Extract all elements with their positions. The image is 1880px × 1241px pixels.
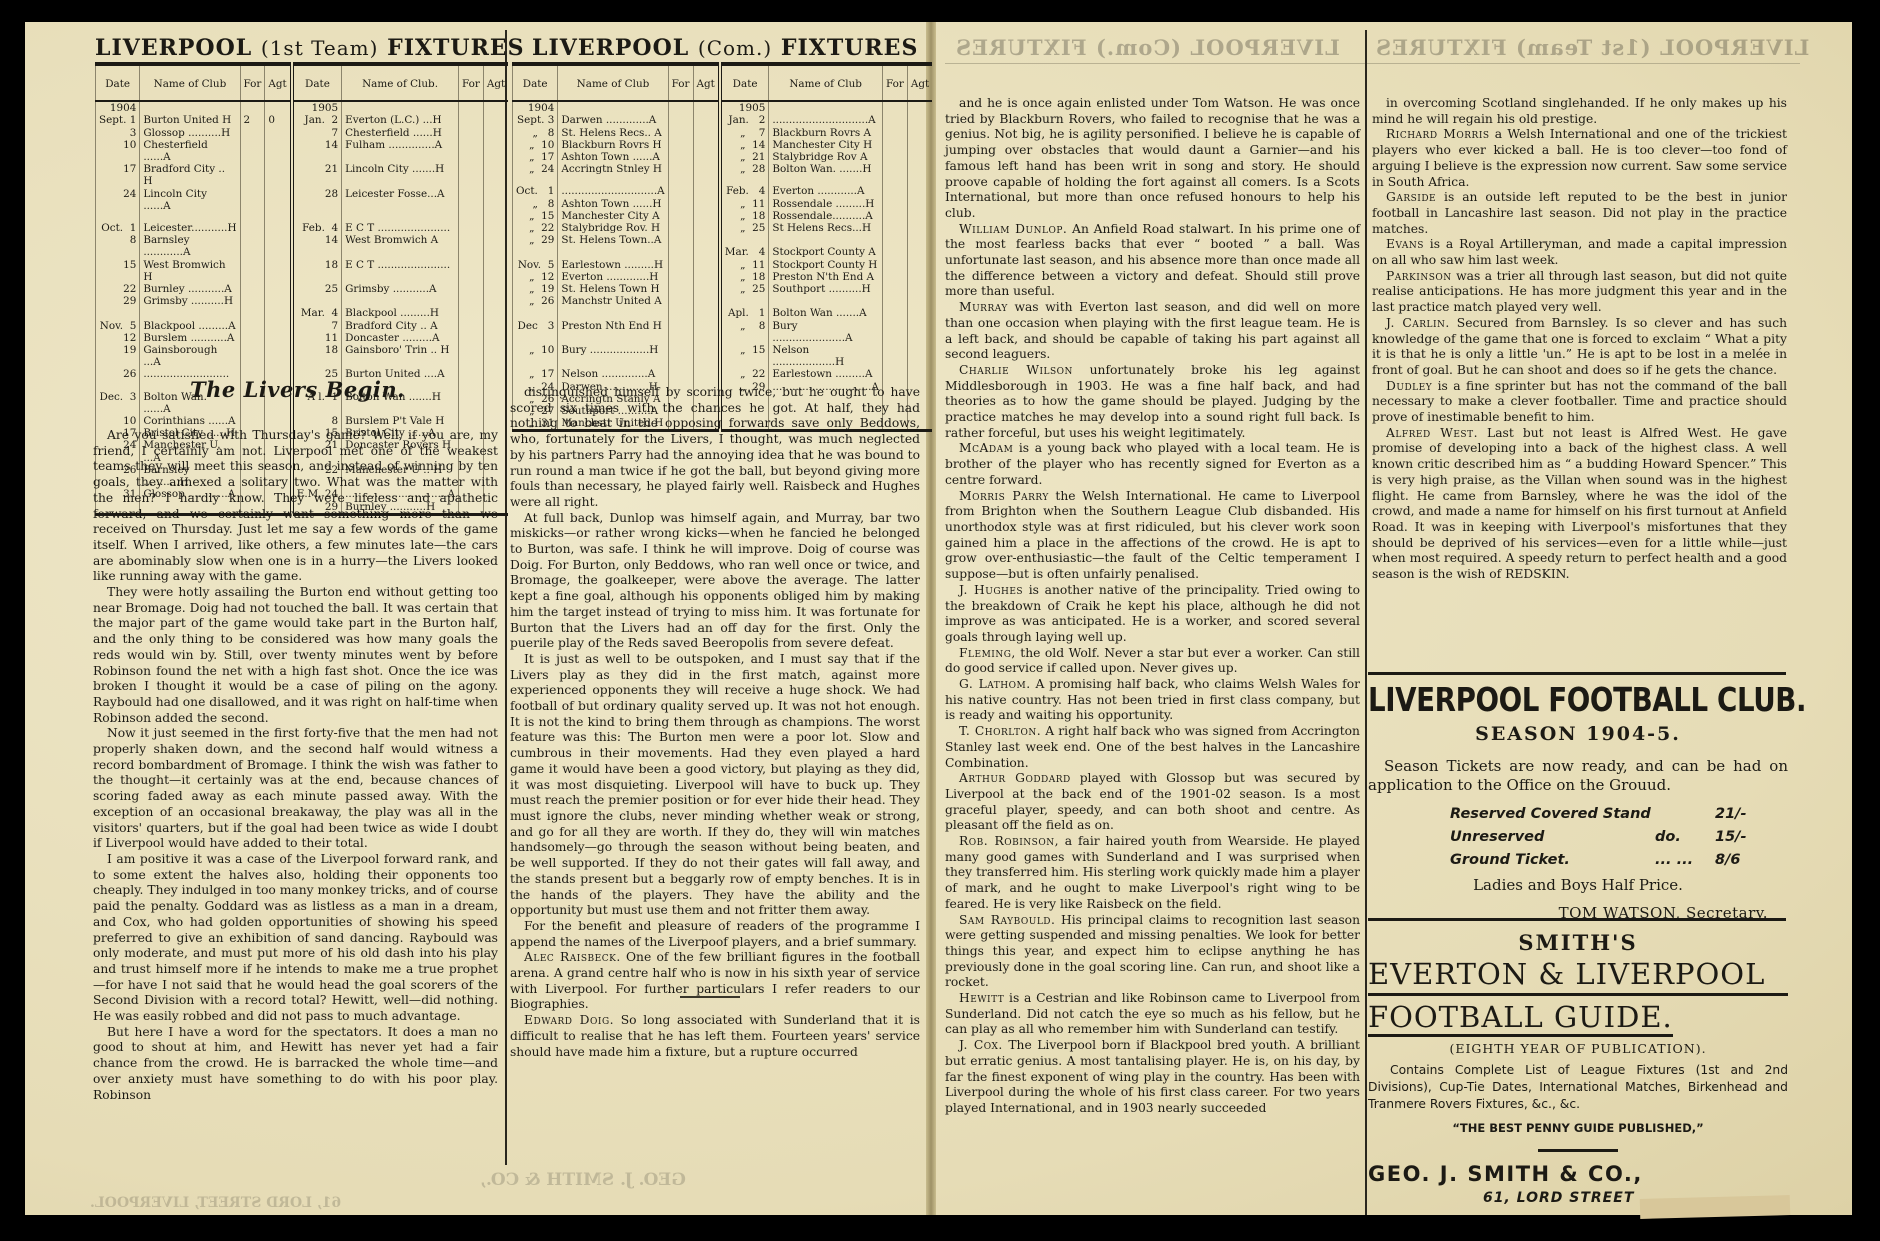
fixture-club: Bury ..................H (558, 344, 668, 368)
fixture-club (769, 175, 883, 185)
fixture-date: 25 (292, 283, 342, 295)
fixture-club: .............................A (769, 114, 883, 126)
short-rule (1538, 1149, 1618, 1152)
score-against (483, 320, 508, 332)
player-note: J. Carlin. Secured from Barnsley. Is so … (1372, 316, 1787, 379)
score-for (668, 185, 693, 197)
column-header: For (668, 64, 693, 101)
column-header: For (459, 64, 484, 101)
player-note: Alfred West. Last but not least is Alfre… (1372, 426, 1787, 583)
fixture-club: Chesterfield ......H (342, 127, 459, 139)
fixture-row: Apl. 1Bolton Wan .......A (513, 307, 933, 319)
fixture-date (720, 234, 769, 246)
score-for (882, 320, 907, 344)
player-note-text: and he is once again enlisted under Tom … (945, 96, 1360, 220)
fixture-date: 10 (96, 139, 140, 163)
fixture-club: St Helens Recs...H (769, 222, 883, 234)
score-against (265, 415, 292, 427)
fixture-club: Everton .............H (558, 271, 668, 283)
fixture-date: Dec 3 (513, 320, 558, 344)
article-column-2: distinguished himself by scoring twice, … (510, 385, 920, 1060)
fixture-club: Earlestown .........A (769, 368, 883, 380)
score-against (265, 259, 292, 283)
score-against (265, 127, 292, 139)
score-against (693, 295, 720, 307)
score-for (882, 246, 907, 258)
fixture-row: Sept. 3Darwen .............AJan. 2......… (513, 114, 933, 126)
score-for (459, 101, 484, 114)
score-against (907, 198, 932, 210)
fixture-date: „ 22 (513, 222, 558, 234)
show-through-text: GEO. J. SMITH & CO., (480, 1170, 686, 1190)
fixture-row: 19041905 (513, 101, 933, 114)
ad-top-rule (1368, 672, 1786, 675)
player-name: Fleming, (959, 646, 1016, 660)
score-for (668, 344, 693, 368)
player-note: T. Chorlton. A right half back who was s… (945, 724, 1360, 771)
player-note: in overcoming Scotland singlehanded. If … (1372, 96, 1787, 127)
fixture-club: Grimsby ...........A (342, 283, 459, 295)
fixture-row: „ 12Everton .............H„ 18Preston N'… (513, 271, 933, 283)
fixture-club: Southport ..........H (769, 283, 883, 295)
fixture-row: „ 10Bury ..................H„ 15Nelson .… (513, 344, 933, 368)
price-row: Reserved Covered Stand21/- (1450, 803, 1788, 826)
score-against (693, 139, 720, 151)
score-against (483, 283, 508, 295)
score-for (668, 271, 693, 283)
fixture-date: Sept. 3 (513, 114, 558, 126)
fixture-club: Bolton Wan. .......H (769, 163, 883, 175)
fixture-date: 1905 (292, 101, 342, 114)
score-for (240, 163, 265, 187)
fixture-club: St. Helens Town H (558, 283, 668, 295)
fixture-row: Nov. 5Earlestown .........H„ 11Stockport… (513, 259, 933, 271)
fixture-club (558, 175, 668, 185)
score-for (882, 234, 907, 246)
score-for (882, 307, 907, 319)
score-for (459, 259, 484, 283)
fixture-club (558, 307, 668, 319)
player-note-text: in overcoming Scotland singlehanded. If … (1372, 96, 1787, 126)
torn-corner (1640, 1195, 1790, 1219)
player-name: Alec Raisbeck. (524, 950, 621, 964)
fixture-club (342, 212, 459, 222)
fixture-row: Oct. 1Leicester...........HFeb. 4E C T .… (96, 222, 509, 234)
fixture-club: Bury ......................A (769, 320, 883, 344)
player-note-text: Last but not least is Alfred West. He ga… (1372, 426, 1787, 581)
score-for (459, 332, 484, 344)
player-name: Dudley (1386, 379, 1432, 393)
score-against (265, 222, 292, 234)
score-against (907, 368, 932, 380)
fixture-club (140, 101, 240, 114)
score-for (882, 198, 907, 210)
smiths-label: SMITH'S (1368, 930, 1788, 955)
fixture-date: 7 (292, 127, 342, 139)
score-against (907, 283, 932, 295)
score-for (882, 344, 907, 368)
player-note: Fleming, the old Wolf. Never a star but … (945, 646, 1360, 677)
score-against (907, 259, 932, 271)
fixture-club: Burslem P't Vale H (342, 415, 459, 427)
player-note: McAdam is a young back who played with a… (945, 441, 1360, 488)
fixture-date: 10 (96, 415, 140, 427)
score-against (693, 259, 720, 271)
score-for (882, 151, 907, 163)
fixture-club (769, 101, 883, 114)
fixture-club: Rossendale .........H (769, 198, 883, 210)
show-through-rule (945, 63, 1800, 64)
title-paren: (Com.) (698, 36, 772, 60)
player-note-text: The Liverpool born if Blackpool bred you… (945, 1038, 1360, 1115)
fixture-row: Sept. 1Burton United H20Jan. 2Everton (L… (96, 114, 509, 126)
score-against (907, 295, 932, 307)
score-for (668, 163, 693, 175)
fixture-date: „ 25 (720, 283, 769, 295)
score-against (265, 188, 292, 212)
fixture-date: „ 15 (513, 210, 558, 222)
score-against (483, 212, 508, 222)
fixture-club: Doncaster .........A (342, 332, 459, 344)
price-value: 8/6 (1715, 849, 1740, 872)
fixture-date (720, 175, 769, 185)
fixture-club: Rossendale..........A (769, 210, 883, 222)
score-against (693, 185, 720, 197)
fixture-row: 19041905 (96, 101, 509, 114)
score-for (668, 151, 693, 163)
fixture-row: „ 22Stalybridge Rov. H„ 25St Helens Recs… (513, 222, 933, 234)
score-for (668, 307, 693, 319)
score-for (882, 283, 907, 295)
score-against (693, 210, 720, 222)
column-header: Agt (693, 64, 720, 101)
fixture-club (769, 234, 883, 246)
score-against (907, 127, 932, 139)
fixture-club (140, 212, 240, 222)
score-against (907, 271, 932, 283)
fixture-date (513, 175, 558, 185)
fixture-date: 17 (96, 163, 140, 187)
fixture-club: St. Helens Town..A (558, 234, 668, 246)
score-against (483, 381, 508, 391)
player-note: Arthur Goddard played with Glossop but w… (945, 771, 1360, 834)
article-paragraph: Are you satisfied with Thursday's game? … (93, 428, 498, 585)
score-against (693, 127, 720, 139)
score-for (882, 101, 907, 114)
fixture-date: 8 (96, 234, 140, 258)
fixture-date: 18 (292, 259, 342, 283)
fixture-club: Blackburn Rovrs H (558, 139, 668, 151)
score-against (693, 307, 720, 319)
score-for (240, 307, 265, 319)
fixture-row: 15West Bromwich H18E C T ...............… (96, 259, 509, 283)
score-against (907, 101, 932, 114)
score-for (459, 139, 484, 163)
fixture-date: „ 17 (513, 368, 558, 380)
score-against (907, 185, 932, 197)
score-for (240, 212, 265, 222)
fixture-date: „ 25 (720, 222, 769, 234)
fixture-date: 7 (292, 320, 342, 332)
score-against (483, 368, 508, 380)
fixture-date: Nov. 5 (96, 320, 140, 332)
score-against (483, 332, 508, 344)
score-against (693, 114, 720, 126)
score-against (483, 344, 508, 368)
score-against (265, 139, 292, 163)
player-name: J. Hughes (959, 583, 1023, 597)
fixture-date: „ 12 (513, 271, 558, 283)
fixture-club: Bolton Wan .......A (769, 307, 883, 319)
score-for (240, 295, 265, 307)
article-paragraph: But here I have a word for the spectator… (93, 1025, 498, 1104)
column-header: Date (292, 64, 342, 101)
player-note: J. Cox. The Liverpool born if Blackpool … (945, 1038, 1360, 1117)
fixture-date: 1904 (96, 101, 140, 114)
fixture-date: „ 18 (720, 210, 769, 222)
score-for (240, 139, 265, 163)
fixture-club: Gainsboro' Trin .. H (342, 344, 459, 368)
player-name: Charlie Wilson (959, 363, 1073, 377)
fixture-club: Lincoln City .......H (342, 163, 459, 187)
player-name: William Dunlop. (959, 222, 1067, 236)
fixture-row: 8Barnsley ............A14West Bromwich A (96, 234, 509, 258)
player-note: Garside is an outside left reputed to be… (1372, 190, 1787, 237)
guide-title-line1: EVERTON & LIVERPOOL (1368, 957, 1788, 996)
fixture-club: Everton (L.C.) ...H (342, 114, 459, 126)
price-ditto: do. (1655, 826, 1715, 849)
player-name: Alfred West. (1386, 426, 1478, 440)
column-header: Agt (483, 64, 508, 101)
article-title: The Livers Begin. (190, 377, 405, 402)
fixture-date: „ 8 (513, 198, 558, 210)
score-against (483, 127, 508, 139)
fixture-date: Nov. 5 (513, 259, 558, 271)
column-header: Name of Club (140, 64, 240, 101)
first-team-fixtures-title: LIVERPOOL (1st Team) FIXTURES (95, 35, 525, 61)
fixture-club: Everton ............A (769, 185, 883, 197)
fixture-club: Burton United H (140, 114, 240, 126)
fixture-date: „ 8 (513, 127, 558, 139)
fixture-row: „ 29St. Helens Town..A (513, 234, 933, 246)
score-against (907, 344, 932, 368)
score-against (907, 320, 932, 344)
score-against (907, 114, 932, 126)
fixture-date (292, 212, 342, 222)
guide-title-line2: FOOTBALL GUIDE. (1368, 1000, 1673, 1037)
fixture-club: Corinthians ......A (140, 415, 240, 427)
fixture-row: „ 10Blackburn Rovrs H„ 14Manchester City… (513, 139, 933, 151)
club-headline: LIVERPOOL FOOTBALL CLUB. (1368, 680, 1721, 719)
score-against (693, 198, 720, 210)
fixture-date: Oct. 1 (96, 222, 140, 234)
player-note: J. Hughes is another native of the princ… (945, 583, 1360, 646)
score-against (483, 259, 508, 283)
fixture-date: Feb. 4 (292, 222, 342, 234)
fixture-club: Blackburn Rovrs A (769, 127, 883, 139)
fixture-club (558, 246, 668, 258)
fixture-date: „ 11 (720, 259, 769, 271)
fixture-club: E C T ...................... (342, 222, 459, 234)
fixture-row: 19Gainsborough ...A18Gainsboro' Trin .. … (96, 344, 509, 368)
fixture-club (558, 101, 668, 114)
fixture-row: 10Corinthians ......A8Burslem P't Vale H (96, 415, 509, 427)
score-against (265, 101, 292, 114)
score-for (240, 222, 265, 234)
fixture-date: „ 15 (720, 344, 769, 368)
score-for (882, 185, 907, 197)
score-against (265, 283, 292, 295)
fixture-date: 14 (292, 139, 342, 163)
fixture-date: „ 19 (513, 283, 558, 295)
score-against (693, 283, 720, 295)
score-against (265, 332, 292, 344)
player-name: Hewitt (959, 991, 1004, 1005)
player-note: G. Lathom. A promising half back, who cl… (945, 677, 1360, 724)
fixture-date (96, 307, 140, 319)
article-paragraph: For the benefit and pleasure of readers … (510, 919, 920, 950)
score-for (882, 114, 907, 126)
column-header: Date (96, 64, 140, 101)
score-for (459, 381, 484, 391)
fixture-club: Burnley ...........A (140, 283, 240, 295)
fixture-date: „ 7 (720, 127, 769, 139)
score-against (483, 139, 508, 163)
score-against (693, 344, 720, 368)
fixture-date: „ 14 (720, 139, 769, 151)
fixture-club: Preston Nth End H (558, 320, 668, 344)
score-against (693, 101, 720, 114)
score-against: 0 (265, 114, 292, 126)
fixture-date: 18 (292, 344, 342, 368)
player-name: Richard Morris (1386, 127, 1490, 141)
club-season-ticket-ad: LIVERPOOL FOOTBALL CLUB. SEASON 1904-5. … (1368, 680, 1788, 922)
fixture-club: Stalybridge Rov A (769, 151, 883, 163)
score-against (483, 114, 508, 126)
fixture-club: Blackpool .........H (342, 307, 459, 319)
publisher-name: GEO. J. SMITH & CO., (1368, 1162, 1788, 1186)
guide-tagline: “THE BEST PENNY GUIDE PUBLISHED,” (1368, 1121, 1788, 1135)
score-against (265, 163, 292, 187)
fixture-club: Stalybridge Rov. H (558, 222, 668, 234)
fixture-club: Stockport County A (769, 246, 883, 258)
fixture-date: 12 (96, 332, 140, 344)
score-for (882, 175, 907, 185)
article-paragraph: I am positive it was a case of the Liver… (93, 852, 498, 1025)
article-column-3: and he is once again enlisted under Tom … (945, 96, 1360, 1117)
score-against (907, 222, 932, 234)
fixture-date: „ 18 (720, 271, 769, 283)
title-end: FIXTURES (781, 35, 918, 61)
fixture-club: Accringtn Stnley H (558, 163, 668, 175)
fixture-date: 8 (292, 415, 342, 427)
fixture-club: Earlestown .........H (558, 259, 668, 271)
score-for (882, 295, 907, 307)
score-against (693, 368, 720, 380)
score-for (459, 295, 484, 307)
price-value: 15/- (1715, 826, 1747, 849)
score-against (907, 139, 932, 151)
player-note-text: is a fine sprinter but has not the comma… (1372, 379, 1787, 424)
score-for (668, 320, 693, 344)
score-for (668, 127, 693, 139)
fixture-date: 14 (292, 234, 342, 258)
score-against (693, 246, 720, 258)
price-value: 21/- (1715, 803, 1747, 826)
price-ditto (1655, 803, 1715, 826)
fixture-club: Darwen .............A (558, 114, 668, 126)
fixture-date: 11 (292, 332, 342, 344)
score-for (882, 139, 907, 151)
fixture-date (292, 295, 342, 307)
column-header: Name of Club. (342, 64, 459, 101)
edition-note: (EIGHTH YEAR OF PUBLICATION). (1368, 1041, 1788, 1056)
fixture-club: Gainsborough ...A (140, 344, 240, 368)
fixture-row: 24Lincoln City ......A28Leicester Fosse.… (96, 188, 509, 212)
score-for (882, 259, 907, 271)
fixture-club: Ashton Town ......A (558, 151, 668, 163)
fixture-date: 19 (96, 344, 140, 368)
score-against (265, 212, 292, 222)
player-note: Hewitt is a Cestrian and like Robinson c… (945, 991, 1360, 1038)
score-for (459, 368, 484, 380)
guide-contents: Contains Complete List of League Fixture… (1368, 1062, 1788, 1113)
fixture-date (513, 246, 558, 258)
fixture-club (342, 101, 459, 114)
article-paragraph: Now it just seemed in the first forty-fi… (93, 726, 498, 852)
fixture-row: „ 8Ashton Town ......H„ 11Rossendale ...… (513, 198, 933, 210)
score-for (240, 101, 265, 114)
column-header: For (240, 64, 265, 101)
score-for (668, 246, 693, 258)
fixture-row: 10Chesterfield ......A14Fulham .........… (96, 139, 509, 163)
player-note: William Dunlop. An Anfield Road stalwart… (945, 222, 1360, 301)
player-name: Parkinson (1386, 269, 1452, 283)
score-for (668, 234, 693, 246)
fixture-date: 28 (292, 188, 342, 212)
fixture-date: „ 21 (720, 151, 769, 163)
player-note: Sam Raybould. His principal claims to re… (945, 913, 1360, 992)
title-end: FIXTURES (387, 35, 524, 61)
player-note: Charlie Wilson unfortunately broke his l… (945, 363, 1360, 442)
fixture-date: 24 (96, 188, 140, 212)
fixture-date: 22 (96, 283, 140, 295)
fixture-club: Nelson ...................H (769, 344, 883, 368)
score-for (668, 210, 693, 222)
score-against (265, 320, 292, 332)
score-for (459, 283, 484, 295)
fixture-club: Leicester Fosse...A (342, 188, 459, 212)
score-for (240, 344, 265, 368)
fixture-club: Chesterfield ......A (140, 139, 240, 163)
score-for (668, 198, 693, 210)
fixture-date (96, 212, 140, 222)
fixture-date: „ 29 (513, 234, 558, 246)
fixture-club: Glossop ..........H (140, 127, 240, 139)
fixture-date: „ 8 (720, 320, 769, 344)
fixture-date: Sept. 1 (96, 114, 140, 126)
fixture-date: „ 17 (513, 151, 558, 163)
fixture-club: Stockport County H (769, 259, 883, 271)
score-for (668, 295, 693, 307)
fixture-date: 15 (96, 259, 140, 283)
score-against (693, 222, 720, 234)
score-against (483, 234, 508, 258)
fixture-row: „ 26Manchstr United A (513, 295, 933, 307)
fixture-date: 26 (96, 368, 140, 380)
player-note: Morris Parry the Welsh International. He… (945, 489, 1360, 583)
show-through-text: 61, LORD STREET, LIVERPOOL. (90, 1195, 341, 1211)
